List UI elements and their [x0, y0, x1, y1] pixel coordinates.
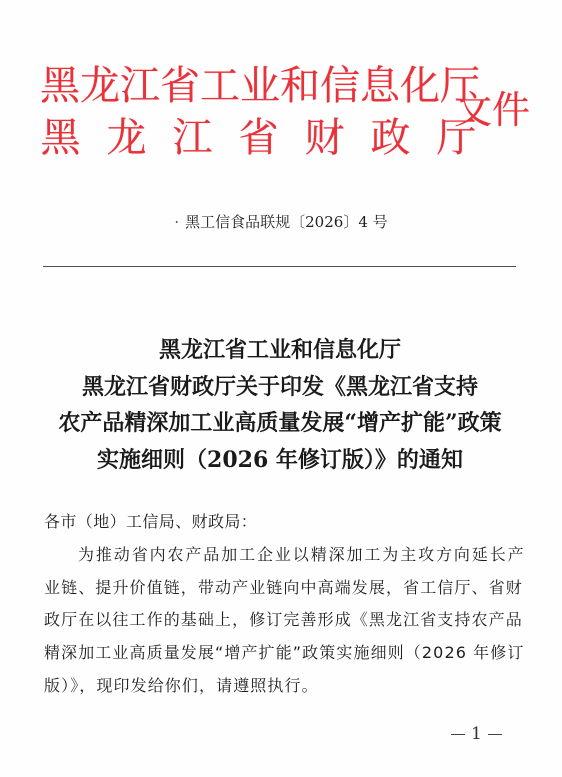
issuer-char: 龙	[106, 116, 147, 160]
paragraph-line: 精深加工业高质量发展“增产扩能”政策实施细则（2026 年修订	[44, 637, 518, 670]
red-letterhead: 黑龙江省工业和信息化厅 黑龙江省财政厅 文件	[40, 62, 540, 172]
title-line: 农产品精深加工业高质量发展“增产扩能”政策	[40, 405, 520, 442]
document-number: ·黑工信食品联规〔2026〕4 号	[0, 210, 562, 234]
document-number-text: 黑工信食品联规〔2026〕4 号	[185, 213, 388, 231]
page-number-value: 1	[471, 724, 482, 744]
scan-speck: ·	[174, 210, 179, 234]
document-type-label: 文件	[454, 88, 530, 132]
dash-left	[451, 734, 465, 735]
issuer-char: 省	[238, 116, 279, 160]
paragraph-line: 版）》，现印发给你们，请遵照执行。	[44, 670, 518, 703]
issuer-char: 政	[370, 116, 411, 160]
salutation: 各市（地）工信局、财政局：	[44, 506, 518, 539]
dash-right	[488, 734, 502, 735]
document-page: 黑龙江省工业和信息化厅 黑龙江省财政厅 文件 ·黑工信食品联规〔2026〕4 号…	[0, 0, 562, 777]
issuer-char: 财	[304, 116, 345, 160]
issuer-name-industry: 黑龙江省工业和信息化厅	[40, 64, 480, 108]
document-title: 黑龙江省工业和信息化厅 黑龙江省财政厅关于印发《黑龙江省支持 农产品精深加工业高…	[40, 332, 520, 478]
issuer-char: 黑	[40, 116, 81, 160]
header-separator-line	[43, 266, 516, 267]
page-number: 1	[445, 724, 508, 744]
title-line: 实施细则（2026 年修订版）》的通知	[40, 442, 520, 479]
paragraph-line: 为推动省内农产品加工企业以精深加工为主攻方向延长产	[44, 539, 518, 572]
issuer-name-finance: 黑龙江省财政厅	[40, 116, 477, 160]
title-line: 黑龙江省财政厅关于印发《黑龙江省支持	[40, 369, 520, 406]
title-line: 黑龙江省工业和信息化厅	[40, 332, 520, 369]
document-body: 各市（地）工信局、财政局： 为推动省内农产品加工企业以精深加工为主攻方向延长产 …	[44, 506, 518, 703]
paragraph-line: 业链、提升价值链，带动产业链向中高端发展，省工信厅、省财	[44, 572, 518, 605]
paragraph-line: 政厅在以往工作的基础上，修订完善形成《黑龙江省支持农产品	[44, 604, 518, 637]
issuer-char: 江	[172, 116, 213, 160]
